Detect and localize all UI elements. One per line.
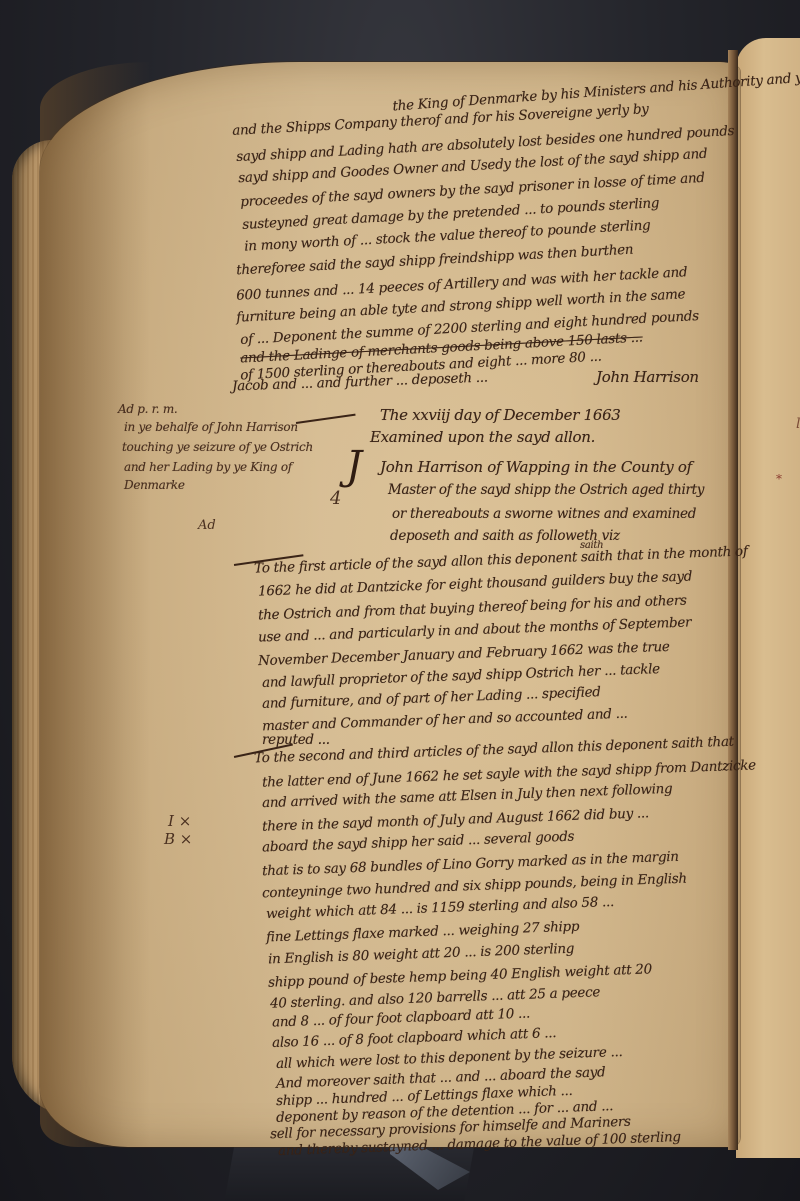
signature-john-harrison: John Harrison [596,368,699,386]
right-page-mark: ⁎ [776,468,782,482]
right-page-mark: ll [796,416,800,432]
examined-line: Examined upon the sayd allon. [370,428,595,446]
deponent-line: or thereabouts a sworne witnes and exami… [392,506,696,522]
merchant-mark: I × [168,812,191,830]
page-shadow [40,62,150,1147]
margin-mark: Ad [198,518,216,533]
facing-page-right: ll ⁎ [736,38,800,1158]
margin-line: Denmarke [124,478,185,492]
margin-line: Ad p. r. m. [118,402,177,416]
margin-line: touching ye seizure of ye Ostrich [122,440,313,454]
deposition-date: The xxviij day of December 1663 [380,406,621,424]
text-line: reputed ... [262,732,330,748]
deponent-line: John Harrison of Wapping in the County o… [380,458,692,476]
initial-capital-j: J [346,446,362,486]
margin-line: in ye behalfe of John Harrison [124,420,298,434]
book-gutter [728,50,738,1150]
deponent-line: Master of the sayd shipp the Ostrich age… [388,482,704,498]
article-number: 4 [330,488,341,509]
merchant-mark: B × [164,830,192,848]
margin-line: and her Lading by ye King of [124,460,292,474]
